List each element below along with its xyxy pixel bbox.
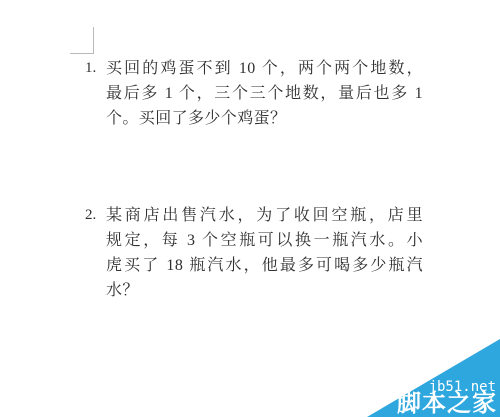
problem-text-line: 规定，每 3 个空瓶可以换一瓶汽水。小 [106, 228, 423, 253]
problem-text-line: 个。买回了多少个鸡蛋？ [106, 106, 423, 131]
problem-text-line: 虎买了 18 瓶汽水，他最多可喝多少瓶汽 [106, 253, 423, 278]
problem-text-line: 最后多 1 个，三个三个地数，量后也多 1 [106, 81, 423, 106]
problem-item-1: 1. 买回的鸡蛋不到 10 个，两个两个地数， 最后多 1 个，三个三个地数，量… [85, 56, 423, 131]
problem-item-2: 2. 某商店出售汽水，为了收回空瓶，店里 规定，每 3 个空瓶可以换一瓶汽水。小… [85, 203, 423, 303]
problem-number: 2. [85, 203, 106, 228]
problem-text: 买回的鸡蛋不到 10 个，两个两个地数， 最后多 1 个，三个三个地数，量后也多… [106, 56, 423, 131]
problem-text-line: 某商店出售汽水，为了收回空瓶，店里 [106, 203, 423, 228]
problem-number: 1. [85, 56, 106, 81]
document-page: 1. 买回的鸡蛋不到 10 个，两个两个地数， 最后多 1 个，三个三个地数，量… [0, 0, 500, 417]
problem-text-line: 买回的鸡蛋不到 10 个，两个两个地数， [106, 56, 423, 81]
watermark-site-name: 脚本之家 [397, 392, 497, 416]
page-margin-corner-mark [70, 27, 94, 54]
problem-text: 某商店出售汽水，为了收回空瓶，店里 规定，每 3 个空瓶可以换一瓶汽水。小 虎买… [106, 203, 423, 303]
problem-text-line: 水？ [106, 278, 423, 303]
